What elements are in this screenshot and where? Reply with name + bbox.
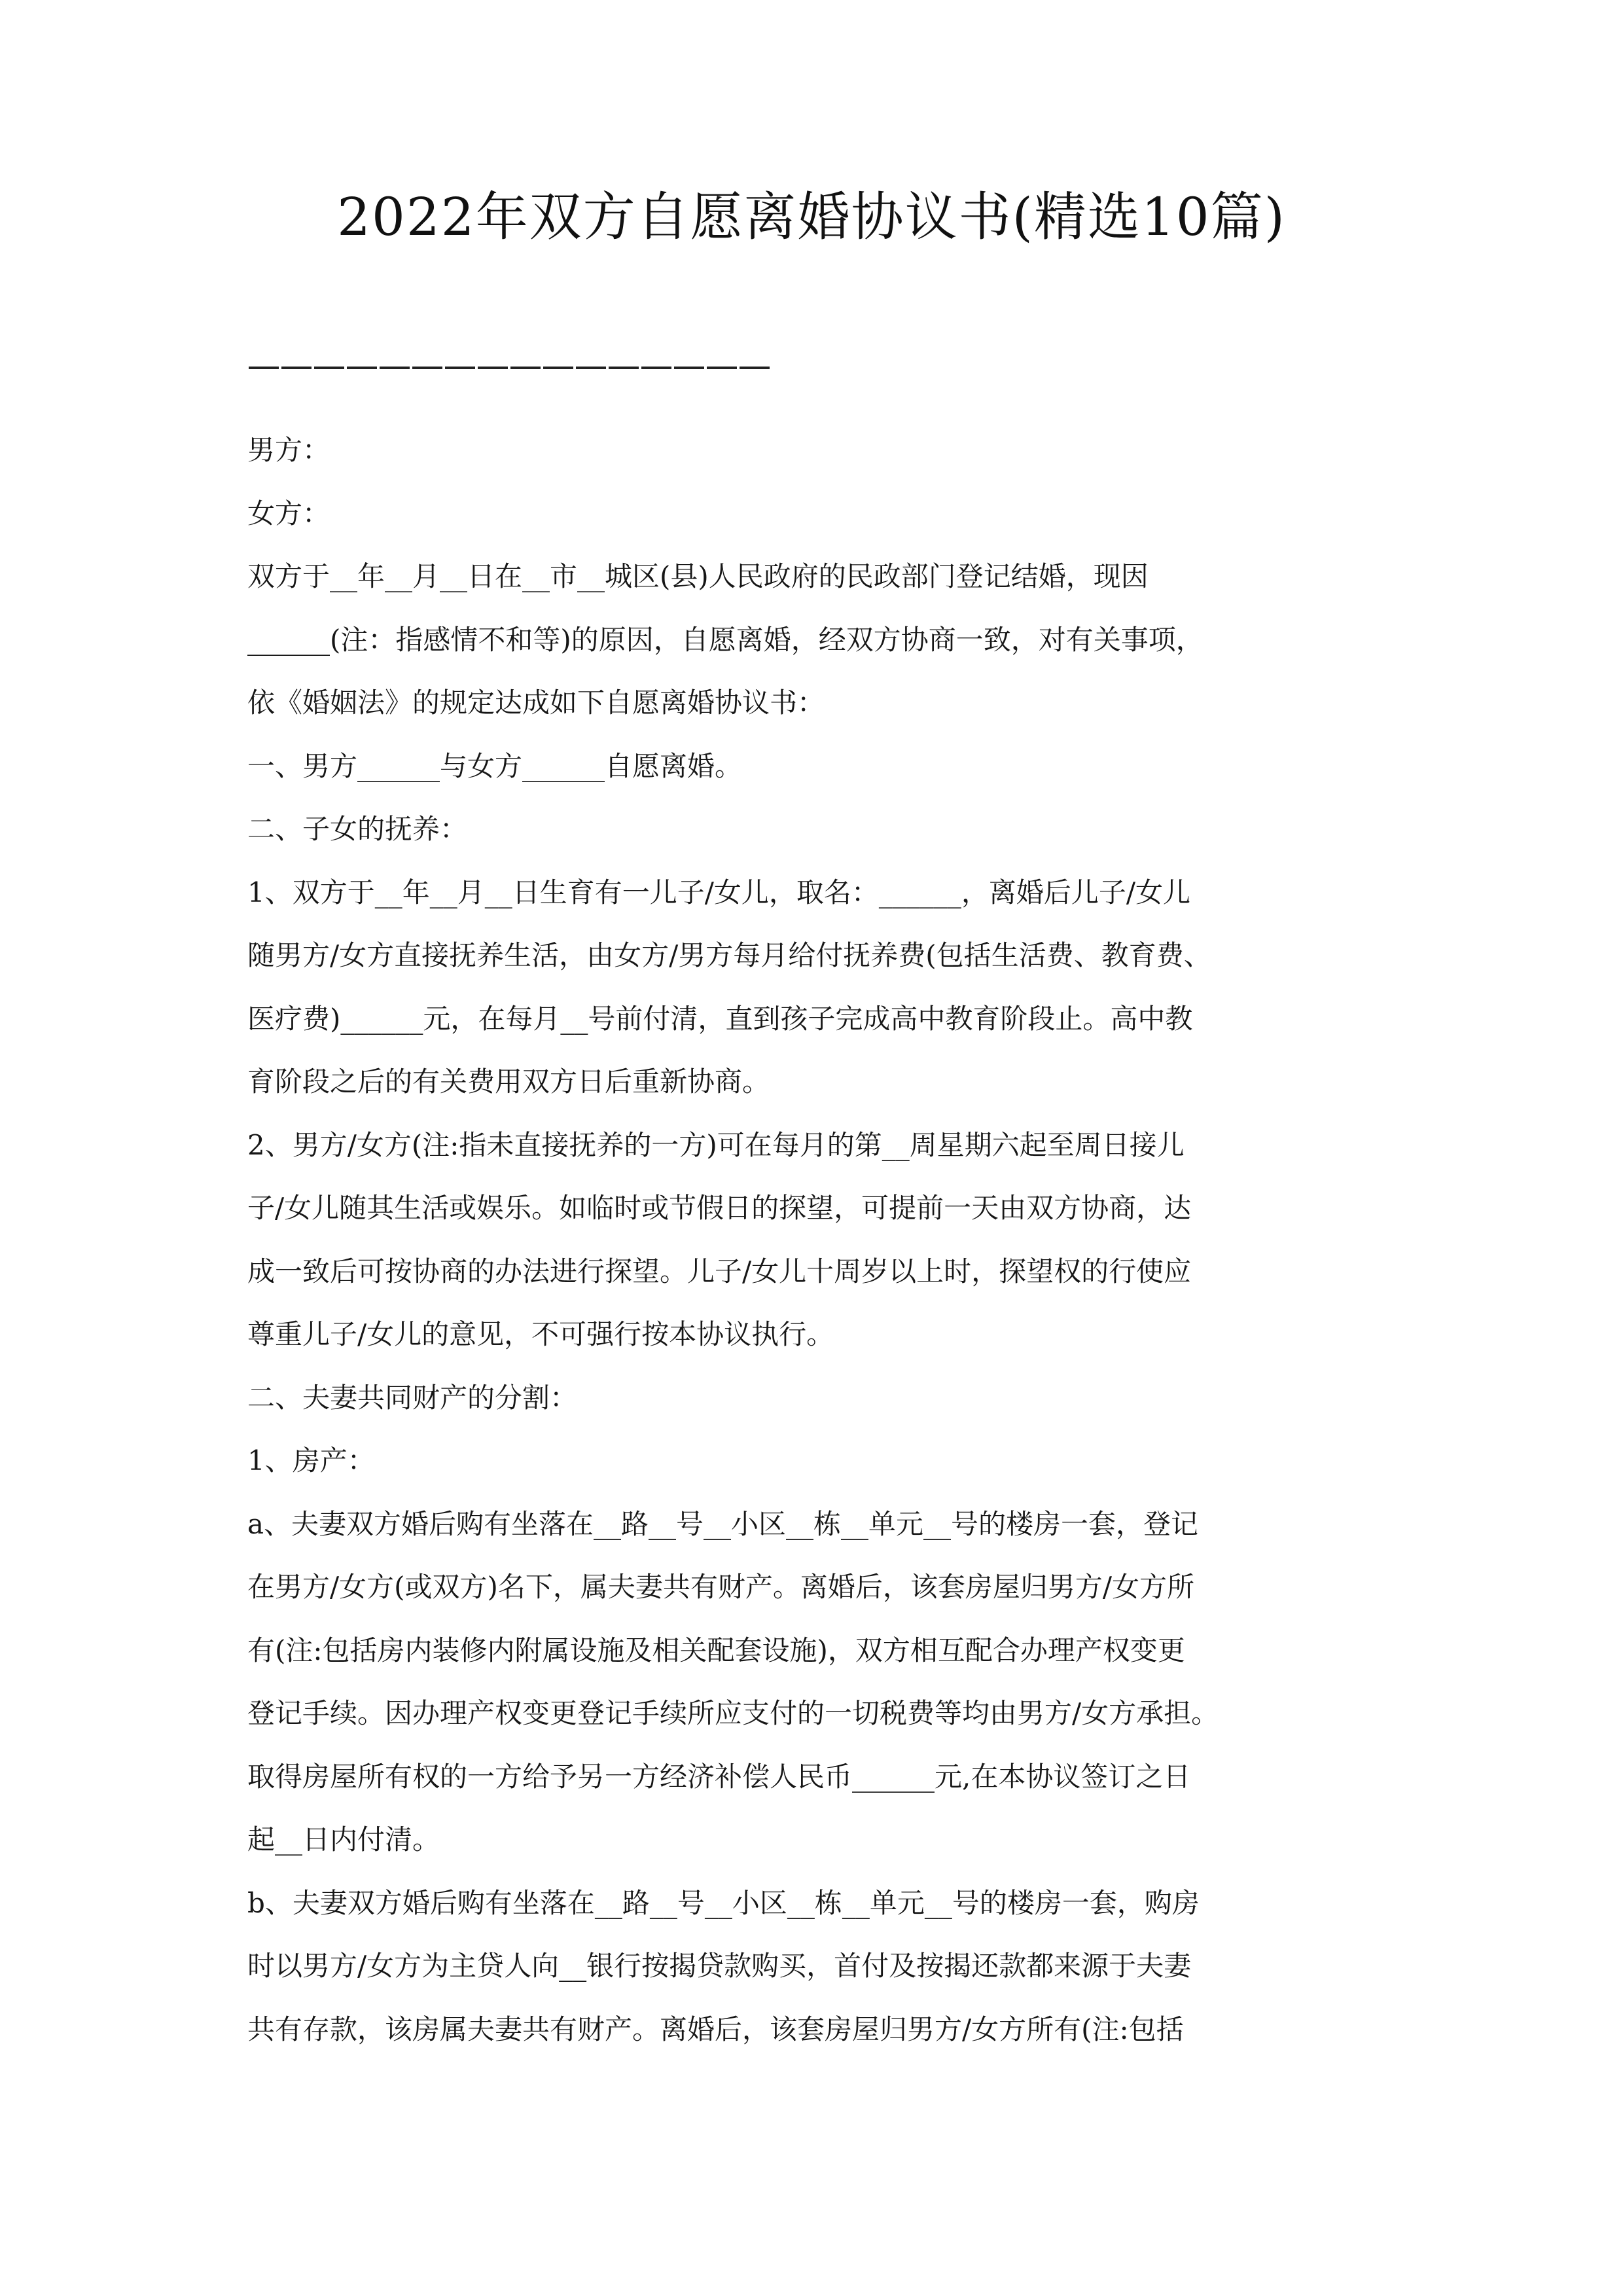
clause-1: 一、男方______与女方______自愿离婚。 xyxy=(247,735,1386,798)
property-b-line-2: 时以男方/女方为主贷人向__银行按揭贷款购买，首付及按揭还款都来源于夫妻 xyxy=(247,1935,1386,1998)
preamble-line-1: 双方于__年__月__日在__市__城区(县)人民政府的民政部门登记结婚，现因 xyxy=(247,545,1386,609)
property-a-line-6: 起__日内付清。 xyxy=(247,1808,1386,1872)
section-heading-child-custody: 二、子女的抚养： xyxy=(247,798,1386,861)
property-a-line-3: 有(注:包括房内装修内附属设施及相关配套设施)，双方相互配合办理产权变更 xyxy=(247,1619,1386,1683)
document-page: 2022年双方自愿离婚协议书(精选10篇) 男方： 女方： 双方于__年__月_… xyxy=(0,0,1623,2296)
custody-item-1-line-4: 育阶段之后的有关费用双方日后重新协商。 xyxy=(247,1050,1386,1114)
property-b-line-3: 共有存款，该房属夫妻共有财产。离婚后，该套房屋归男方/女方所有(注:包括 xyxy=(247,1998,1386,2062)
custody-item-2-line-1: 2、男方/女方(注:指未直接抚养的一方)可在每月的第__周星期六起至周日接儿 xyxy=(247,1114,1386,1177)
party-male-label: 男方： xyxy=(247,419,1386,482)
custody-item-2-line-3: 成一致后可按协商的办法进行探望。儿子/女儿十周岁以上时，探望权的行使应 xyxy=(247,1240,1386,1304)
property-a-line-4: 登记手续。因办理产权变更登记手续所应支付的一切税费等均由男方/女方承担。 xyxy=(247,1682,1386,1746)
property-a-line-5: 取得房屋所有权的一方给予另一方经济补偿人民币______元,在本协议签订之日 xyxy=(247,1746,1386,1809)
property-a-line-1: a、夫妻双方婚后购有坐落在__路__号__小区__栋__单元__号的楼房一套，登… xyxy=(247,1493,1386,1556)
document-body: 男方： 女方： 双方于__年__月__日在__市__城区(县)人民政府的民政部门… xyxy=(247,419,1386,2061)
custody-item-2-line-2: 子/女儿随其生活或娱乐。如临时或节假日的探望，可提前一天由双方协商，达 xyxy=(247,1177,1386,1240)
custody-item-1-line-3: 医疗费)______元，在每月__号前付清，直到孩子完成高中教育阶段止。高中教 xyxy=(247,988,1386,1051)
section-heading-property: 二、夫妻共同财产的分割： xyxy=(247,1367,1386,1430)
property-a-line-2: 在男方/女方(或双方)名下，属夫妻共有财产。离婚后，该套房屋归男方/女方所 xyxy=(247,1556,1386,1619)
property-item-1-heading: 1、房产： xyxy=(247,1429,1386,1493)
dash-divider xyxy=(249,367,772,369)
document-title: 2022年双方自愿离婚协议书(精选10篇) xyxy=(0,178,1623,257)
preamble-line-2: ______(注：指感情不和等)的原因，自愿离婚，经双方协商一致，对有关事项， xyxy=(247,609,1386,672)
property-b-line-1: b、夫妻双方婚后购有坐落在__路__号__小区__栋__单元__号的楼房一套，购… xyxy=(247,1872,1386,1935)
custody-item-2-line-4: 尊重儿子/女儿的意见，不可强行按本协议执行。 xyxy=(247,1303,1386,1367)
party-female-label: 女方： xyxy=(247,482,1386,546)
preamble-line-3: 依《婚姻法》的规定达成如下自愿离婚协议书： xyxy=(247,672,1386,735)
custody-item-1-line-1: 1、双方于__年__月__日生育有一儿子/女儿，取名：______，离婚后儿子/… xyxy=(247,861,1386,925)
custody-item-1-line-2: 随男方/女方直接抚养生活，由女方/男方每月给付抚养费(包括生活费、教育费、 xyxy=(247,924,1386,988)
